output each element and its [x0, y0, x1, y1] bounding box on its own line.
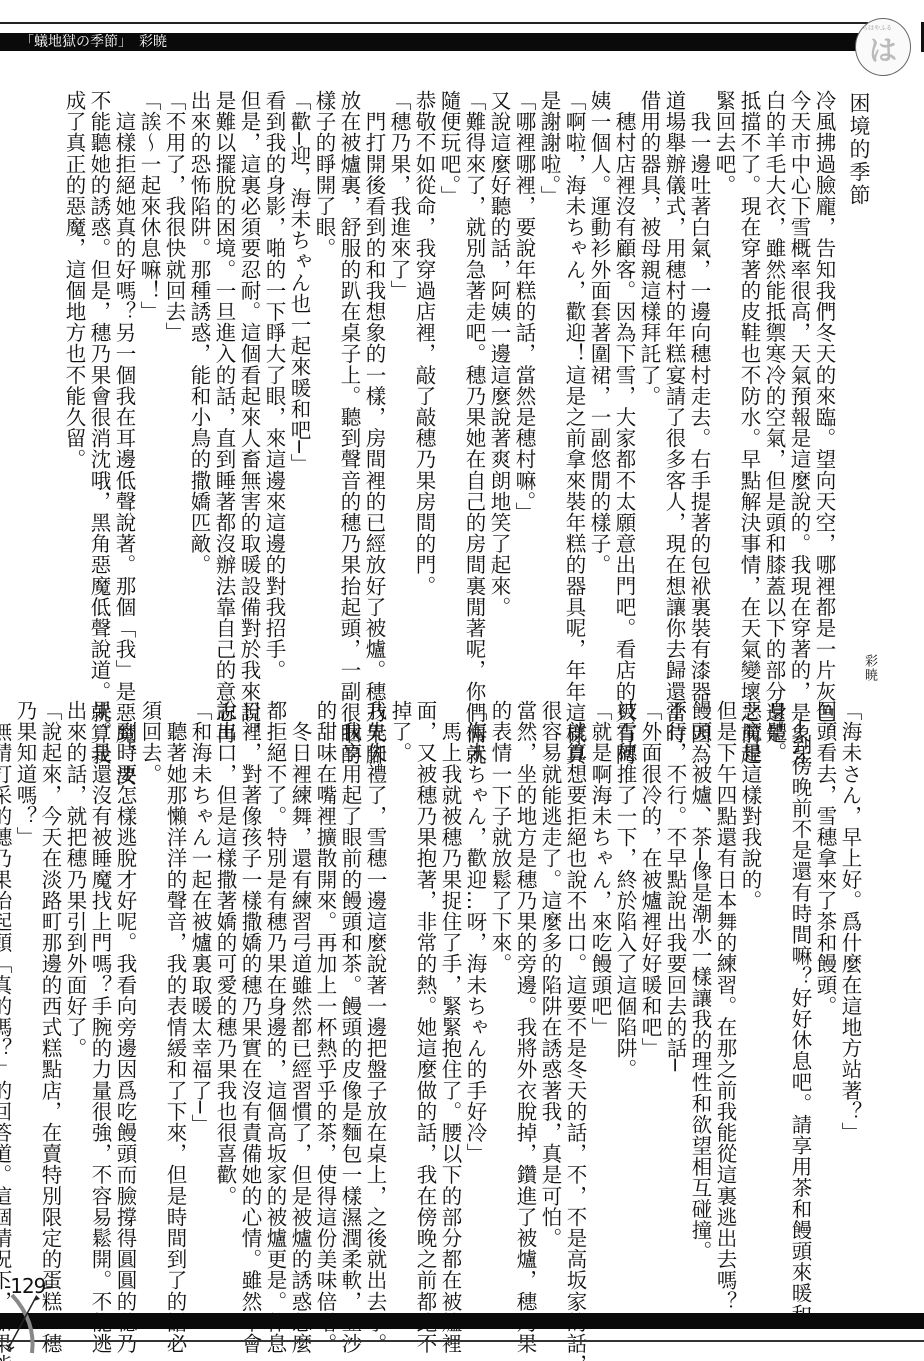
text-column: 「和海未ちゃん一起在被爐裏取暖太幸福了─」: [187, 700, 212, 1270]
text-column: 的甜味在嘴裡擴散開來。再加上一杯熱乎乎的茶，使得這份美味倍增。: [312, 700, 337, 1270]
text-column: 的表情一下子就放鬆了下來。: [487, 700, 512, 1270]
text-column: 到時要怎樣逃脫才好呢。我看向旁邊因爲吃饅頭而臉撐得圓圓的穗乃: [112, 700, 137, 1270]
text-column: 借用的器具，被母親這樣拜託了。: [636, 90, 661, 690]
text-column: 果。是還沒有被睡魔找上門嗎？手腕的力量很強，不容易鬆開。不能逃: [87, 700, 112, 1270]
text-column: 「誒～一起來休息嘛！」: [136, 90, 161, 690]
text-column: 冬日裡練舞，還有練習弓道雖然都已經習慣了，但是被爐的誘惑怎麼: [287, 700, 312, 1270]
footer-rule: [0, 1340, 924, 1342]
text-column: 就算想要拒絕也說不出口。這要不是冬天的話，不，不是高坂家的話，: [562, 700, 587, 1270]
text-column: 「歡─迎，海未ちゃん也一起來暖和吧─」: [286, 90, 311, 690]
text-column: 乃果知道嗎？」: [12, 700, 37, 1270]
text-column: 白的羊毛大衣，雖然能抵禦寒冷的空氣，但是頭和膝蓋以下的部分還是: [761, 90, 786, 690]
text-column: 今天市中心下雪概率很高，天氣預報是這麼說的。我現在穿著的，是象牙: [786, 90, 811, 690]
text-column: 馬上我就被穗乃果捉住了手，緊緊抱住了。腰以下的部分都在被爐裡: [437, 700, 462, 1270]
text-column: 這樣拒絕她真的好嗎？另一個我在耳邊低聲說著。那個「我」是惡魔，決: [111, 90, 136, 690]
text-column: 很容易就能逃走了。這麼多的陷阱在誘惑著我，真是可怕。: [537, 700, 562, 1270]
text-column: 「說起來，今天在淡路町那邊的西式糕點店，在賣特別限定的蛋糕，穗: [37, 700, 62, 1270]
article-title: 困境的季節: [844, 92, 874, 207]
text-column: 饅頭、被爐、茶─像是潮水一樣讓我的理性和欲望相互碰撞。: [687, 700, 712, 1270]
article-author: 彩暁: [860, 654, 879, 682]
text-column: 「難得來了，就別急著走吧。穗乃果她在自己的房間裏閒著呢，你們倆就: [461, 90, 486, 690]
text-column: 「海未さん，早上好。爲什麼在這地方站著？」: [837, 700, 862, 1270]
text-column: 被雪穗推了一下，終於陷入了這個陷阱。: [612, 700, 637, 1270]
text-column: 都拒絕不了。特別是有穗乃果在身邊的，這個高坂家的被爐更是。休息: [262, 700, 287, 1270]
text-column: 「哪裡哪裡，要說年糕的話，當然是穗村嘛。」: [511, 90, 536, 690]
running-title: 「蟻地獄の季節」 彩暁: [20, 33, 167, 51]
text-column: 當然，坐的地方是穗乃果的旁邊。我將外衣脫掉，鑽進了被爐，穗乃果: [512, 700, 537, 1270]
text-column: 成了真正的惡魔，這個地方也不能久留。: [61, 90, 86, 690]
text-column: 放在被爐裏，舒服的趴在桌子上。聽到聲音的穗乃果抬起頭，一副很睏的: [336, 90, 361, 690]
text-column: 道場舉辦儀式，用穗村的年糕宴請了很多客人，現在想讓你去歸還當時: [661, 90, 686, 690]
circle-seal-icon: ちはやふる は: [855, 18, 911, 76]
footer-bar: [0, 1313, 924, 1329]
bottom-text-block: 「海未さん，早上好。爲什麼在這地方站著？」回頭看去，雪穗拿來了茶和饅頭。 ─到傍…: [0, 700, 862, 1270]
text-column: 「穗乃果，我進來了」: [386, 90, 411, 690]
text-column: 是謝謝啦。」: [536, 90, 561, 690]
text-column: 又說這麼好聽的話，阿姨一邊這麼說著爽朗地笑了起來。: [486, 90, 511, 690]
text-column: 抵擋不了。現在穿著的皮鞋也不防水。早點解決事情，在天氣變壞之前趕: [736, 90, 761, 690]
text-column: 我一邊吐著白氣，一邊向穗村走去。右手提著的包袱裏裝有漆器。因為: [686, 90, 711, 690]
text-column: 「海未ちゃん，歡迎…呀，海未ちゃん的手好冷」: [462, 700, 487, 1270]
text-column: 「就是啊海未ちゃん，來吃饅頭吧」: [587, 700, 612, 1270]
text-column: 掉了。: [387, 700, 412, 1270]
text-column: 身體。: [762, 700, 787, 1270]
top-text-block: 冷風拂過臉龐，告知我們冬天的來臨。望向天空，哪裡都是一片灰色。今天市中心下雪概率…: [61, 90, 836, 690]
text-column: 說出口，但是這樣撒著嬌的可愛的穗乃果我也很喜歡。: [212, 700, 237, 1270]
text-column: 緊回去吧。: [711, 90, 736, 690]
text-column: 穗村店裡沒有顧客。因為下雪，大家都不太願意出門吧。看店的只有阿: [611, 90, 636, 690]
text-column: 恭敬不如從命，我穿過店裡，敲了敲穗乃果房間的門。: [411, 90, 436, 690]
logo-glyph: は: [856, 29, 910, 69]
text-column: 「外面很冷的，在被爐裡好好暖和吧」: [637, 700, 662, 1270]
text-column: 面，又被穗乃果抱著，非常的熱。她這麼做的話，我在傍晚之前都跑不: [412, 700, 437, 1270]
text-column: 冷風拂過臉龐，告知我們冬天的來臨。望向天空，哪裡都是一片灰色。: [811, 90, 836, 690]
text-column: 日裡，對著像孩子一樣撒嬌的穗乃果實在沒有責備她的心情。雖然不會: [237, 700, 262, 1270]
text-column: 聽著她那懶洋洋的聲音，我的表情緩和了下來，但是時間到了的話必: [162, 700, 187, 1270]
text-column: 出來的恐怖陷阱。那種誘惑，能和小鳥的撒嬌匹敵。: [186, 90, 211, 690]
header-rule: [0, 22, 868, 24]
text-column: 「不用了，我很快就回去」: [161, 90, 186, 690]
text-column: 是難以擺脫的困境。一旦進入的話，直到睡著都沒辦法靠自己的意志再: [211, 90, 236, 690]
text-column: 隨便玩吧。」: [436, 90, 461, 690]
bow-and-arrow-icon: [2, 1293, 52, 1355]
text-column: ─到傍晚前不是還有時間嘛？好好休息吧。請享用茶和饅頭來暖和: [787, 700, 812, 1270]
text-column: 樣子的睜開了眼。: [311, 90, 336, 690]
text-column: 我享用起了眼前的饅頭和茶。饅頭的皮像是麵包一樣濕潤柔軟，豆沙: [337, 700, 362, 1270]
text-column: 不能聽她的誘惑。但是，穗乃果會很消沈哦，黑角惡魔低聲說道。就算我: [86, 90, 111, 690]
text-column: 須回去。: [137, 700, 162, 1270]
text-column: 門打開後看到的和我想象的一樣，房間裡的已經放好了被爐。穗乃果腳: [361, 90, 386, 690]
text-column: 回頭看去，雪穗拿來了茶和饅頭。: [812, 700, 837, 1270]
text-column: 我先失禮了，雪穗一邊這麼說著一邊把盤子放在桌上，之後就出去了。: [362, 700, 387, 1270]
text-column: 但是下午四點還有日本舞的練習。在那之前我能從這裏逃出去嗎？: [712, 700, 737, 1270]
text-column: 不行，不行。不早點說出我要回去的話─: [662, 700, 687, 1270]
text-column: 看到我的身影，啪的一下睜大了眼，來這邊來這邊的對我招手。: [261, 90, 286, 690]
text-column: 出來的話，就把穗乃果引到外面好了。: [62, 700, 87, 1270]
text-column: 惡魔是這樣對我說的。: [737, 700, 762, 1270]
text-column: 「啊啦，海未ちゃん，歡迎！這是之前拿來裝年糕的器具呢，年年這樣真: [561, 90, 586, 690]
text-column: 無精打采的穗乃果抬起頭「真的嗎？」的回答道。這個情況下，如果能: [0, 700, 12, 1270]
text-column: 但是，這裏必須要忍耐。這個看起來人畜無害的取暖設備對於我來說，: [236, 90, 261, 690]
text-column: 姨一個人。運動衫外面套著圍裙，一副悠閒的樣子。: [586, 90, 611, 690]
